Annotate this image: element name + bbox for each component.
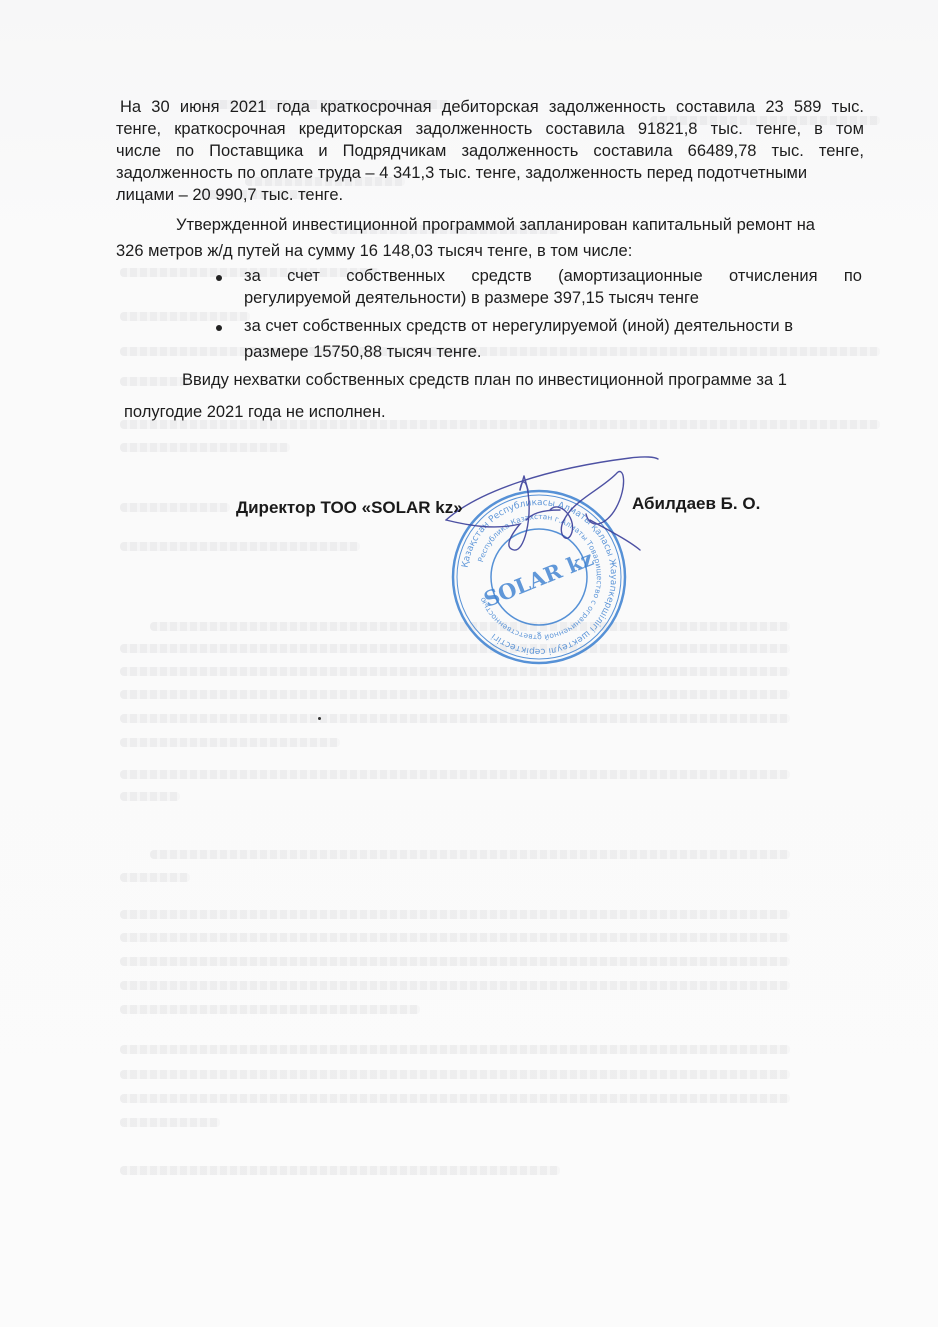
body-text: На30июня2021годакраткосрочнаядебиторская… (120, 96, 864, 423)
text-line: полугодие 2021 года не исполнен. (124, 401, 864, 423)
text-line: лицами – 20 990,7 тыс. тенге. (116, 184, 864, 206)
ink-speck (318, 717, 321, 720)
conclusion-paragraph: Ввиду нехватки собственных средств план … (120, 369, 864, 423)
text-line: задолженность по оплате труда – 4 341,3 … (116, 162, 864, 184)
text-line: 326 метров ж/д путей на сумму 16 148,03 … (116, 240, 864, 262)
text-line: засчетсобственныхсредств(амортизационные… (244, 265, 862, 287)
svg-text:*: * (537, 631, 542, 641)
receivables-paragraph: На30июня2021годакраткосрочнаядебиторская… (120, 96, 864, 206)
document-page: На30июня2021годакраткосрочнаядебиторская… (0, 0, 938, 1327)
text-line: На30июня2021годакраткосрочнаядебиторская… (120, 96, 864, 118)
bullet-icon (216, 275, 222, 281)
investment-paragraph: Утвержденной инвестиционной программой з… (120, 214, 864, 262)
text-line: Ввиду нехватки собственных средств план … (182, 369, 864, 391)
text-line: за счет собственных средств от нерегулир… (244, 315, 864, 337)
text-line: числепоПоставщикаиПодрядчикамзадолженнос… (116, 140, 864, 162)
signature-block: Директор ТОО «SOLAR kz» Абилдаев Б. О. (236, 498, 776, 526)
signatory-title: Директор ТОО «SOLAR kz» (236, 498, 463, 518)
text-line: регулируемой деятельности) в размере 397… (244, 287, 864, 309)
list-item: засчетсобственныхсредств(амортизационные… (120, 265, 864, 309)
text-line: Утвержденной инвестиционной программой з… (176, 214, 864, 236)
text-line: размере 15750,88 тысяч тенге. (244, 341, 864, 363)
funding-sources-list: засчетсобственныхсредств(амортизационные… (120, 265, 864, 363)
text-line: тенге,краткосрочнаякредиторскаязадолженн… (116, 118, 864, 140)
signatory-name: Абилдаев Б. О. (632, 494, 760, 514)
list-item: за счет собственных средств от нерегулир… (120, 315, 864, 363)
bullet-icon (216, 325, 222, 331)
